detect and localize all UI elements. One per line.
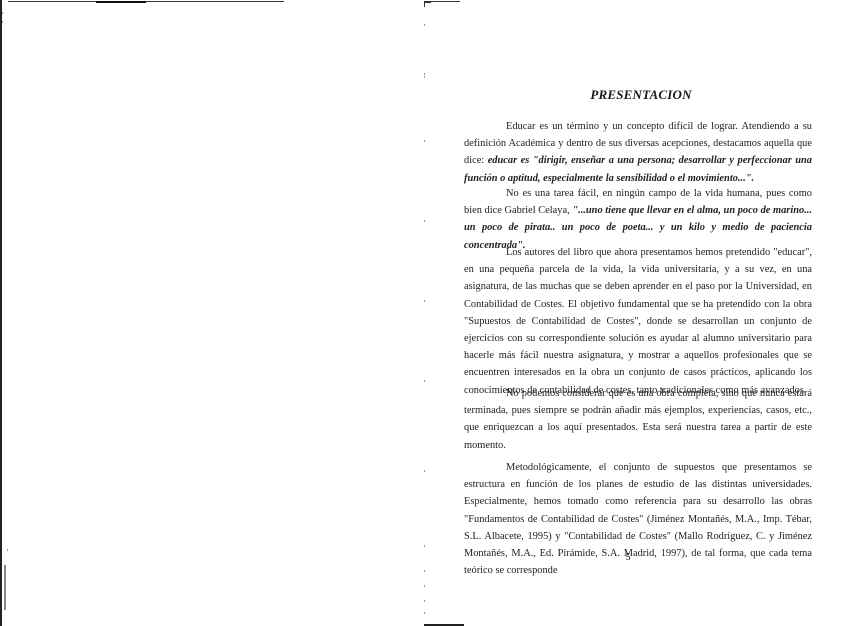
paragraph-5: Metodológicamente, el conjunto de supues… [464,459,812,579]
book-spread: PRESENTACION Educar es un término y un c… [0,0,848,626]
page-number: 5 [618,552,638,563]
scan-speck [424,220,425,222]
paragraph-text: No podemos considerar que es una obra co… [464,388,812,451]
scan-speck [424,600,425,602]
scan-speck [2,12,3,14]
scan-speck [424,612,425,614]
paragraph-text: Los autores del libro que ahora presenta… [464,247,812,396]
scan-gutter-mark [424,2,431,7]
scan-edge-shadow [0,0,2,626]
right-page: PRESENTACION Educar es un término y un c… [424,0,848,626]
page-title: PRESENTACION [581,87,701,103]
scan-speck [424,24,425,26]
scan-speck [424,585,425,587]
scan-speck [424,73,425,75]
scan-edge-artifact [4,565,6,610]
scan-speck [424,76,425,78]
scan-speck [424,545,425,547]
scan-speck [424,300,425,302]
scan-speck [424,470,425,472]
paragraph-text: Metodológicamente, el conjunto de supues… [464,462,812,576]
scan-speck [7,549,8,551]
scan-speck [424,140,425,142]
left-page-blank [0,0,424,626]
quoted-definition: educar es "dirigir, enseñar a una person… [464,155,812,183]
scan-speck [2,21,3,23]
paragraph-4: No podemos considerar que es una obra co… [464,385,812,454]
scan-speck [424,380,425,382]
paragraph-1: Educar es un término y un concepto difíc… [464,118,812,187]
scan-top-edge [8,1,284,2]
paragraph-3: Los autores del libro que ahora presenta… [464,244,812,399]
scan-speck [424,570,425,572]
